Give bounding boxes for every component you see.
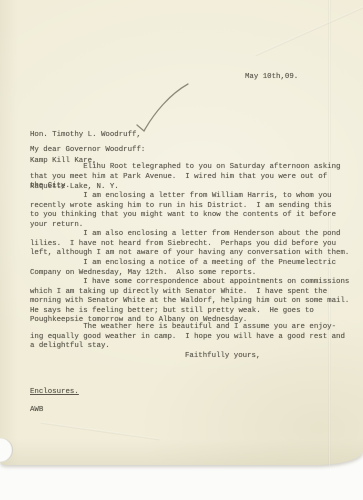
paragraph-4: I am enclosing a notice of a meeting of … <box>30 259 336 278</box>
paragraph-3: I am also enclosing a letter from Hender… <box>30 230 349 259</box>
paper-crease <box>40 422 159 441</box>
letter-date: May 10th,09. <box>245 73 298 83</box>
paragraph-5: I have some correspondence about appoint… <box>30 278 349 326</box>
recipient-name: Hon. Timothy L. Woodruff, <box>30 131 141 140</box>
paragraph-1: Elihu Root telegraphed to you on Saturda… <box>30 163 340 192</box>
punch-hole <box>0 438 13 462</box>
closing-line: Faithfully yours, <box>185 352 260 362</box>
paragraph-6: The weather here is beautiful and I assu… <box>30 323 345 352</box>
typist-initials: AWB <box>30 406 43 416</box>
letter-scan: May 10th,09. Hon. Timothy L. Woodruff, K… <box>0 0 363 500</box>
enclosures-notation: Enclosures. <box>30 388 79 398</box>
pencil-checkmark-icon <box>134 82 192 134</box>
salutation: My dear Governor Woodruff: <box>30 146 145 156</box>
paragraph-2: I am enclosing a letter from William Har… <box>30 192 336 230</box>
paper-crease <box>255 6 363 57</box>
letter-page: May 10th,09. Hon. Timothy L. Woodruff, K… <box>0 0 363 465</box>
